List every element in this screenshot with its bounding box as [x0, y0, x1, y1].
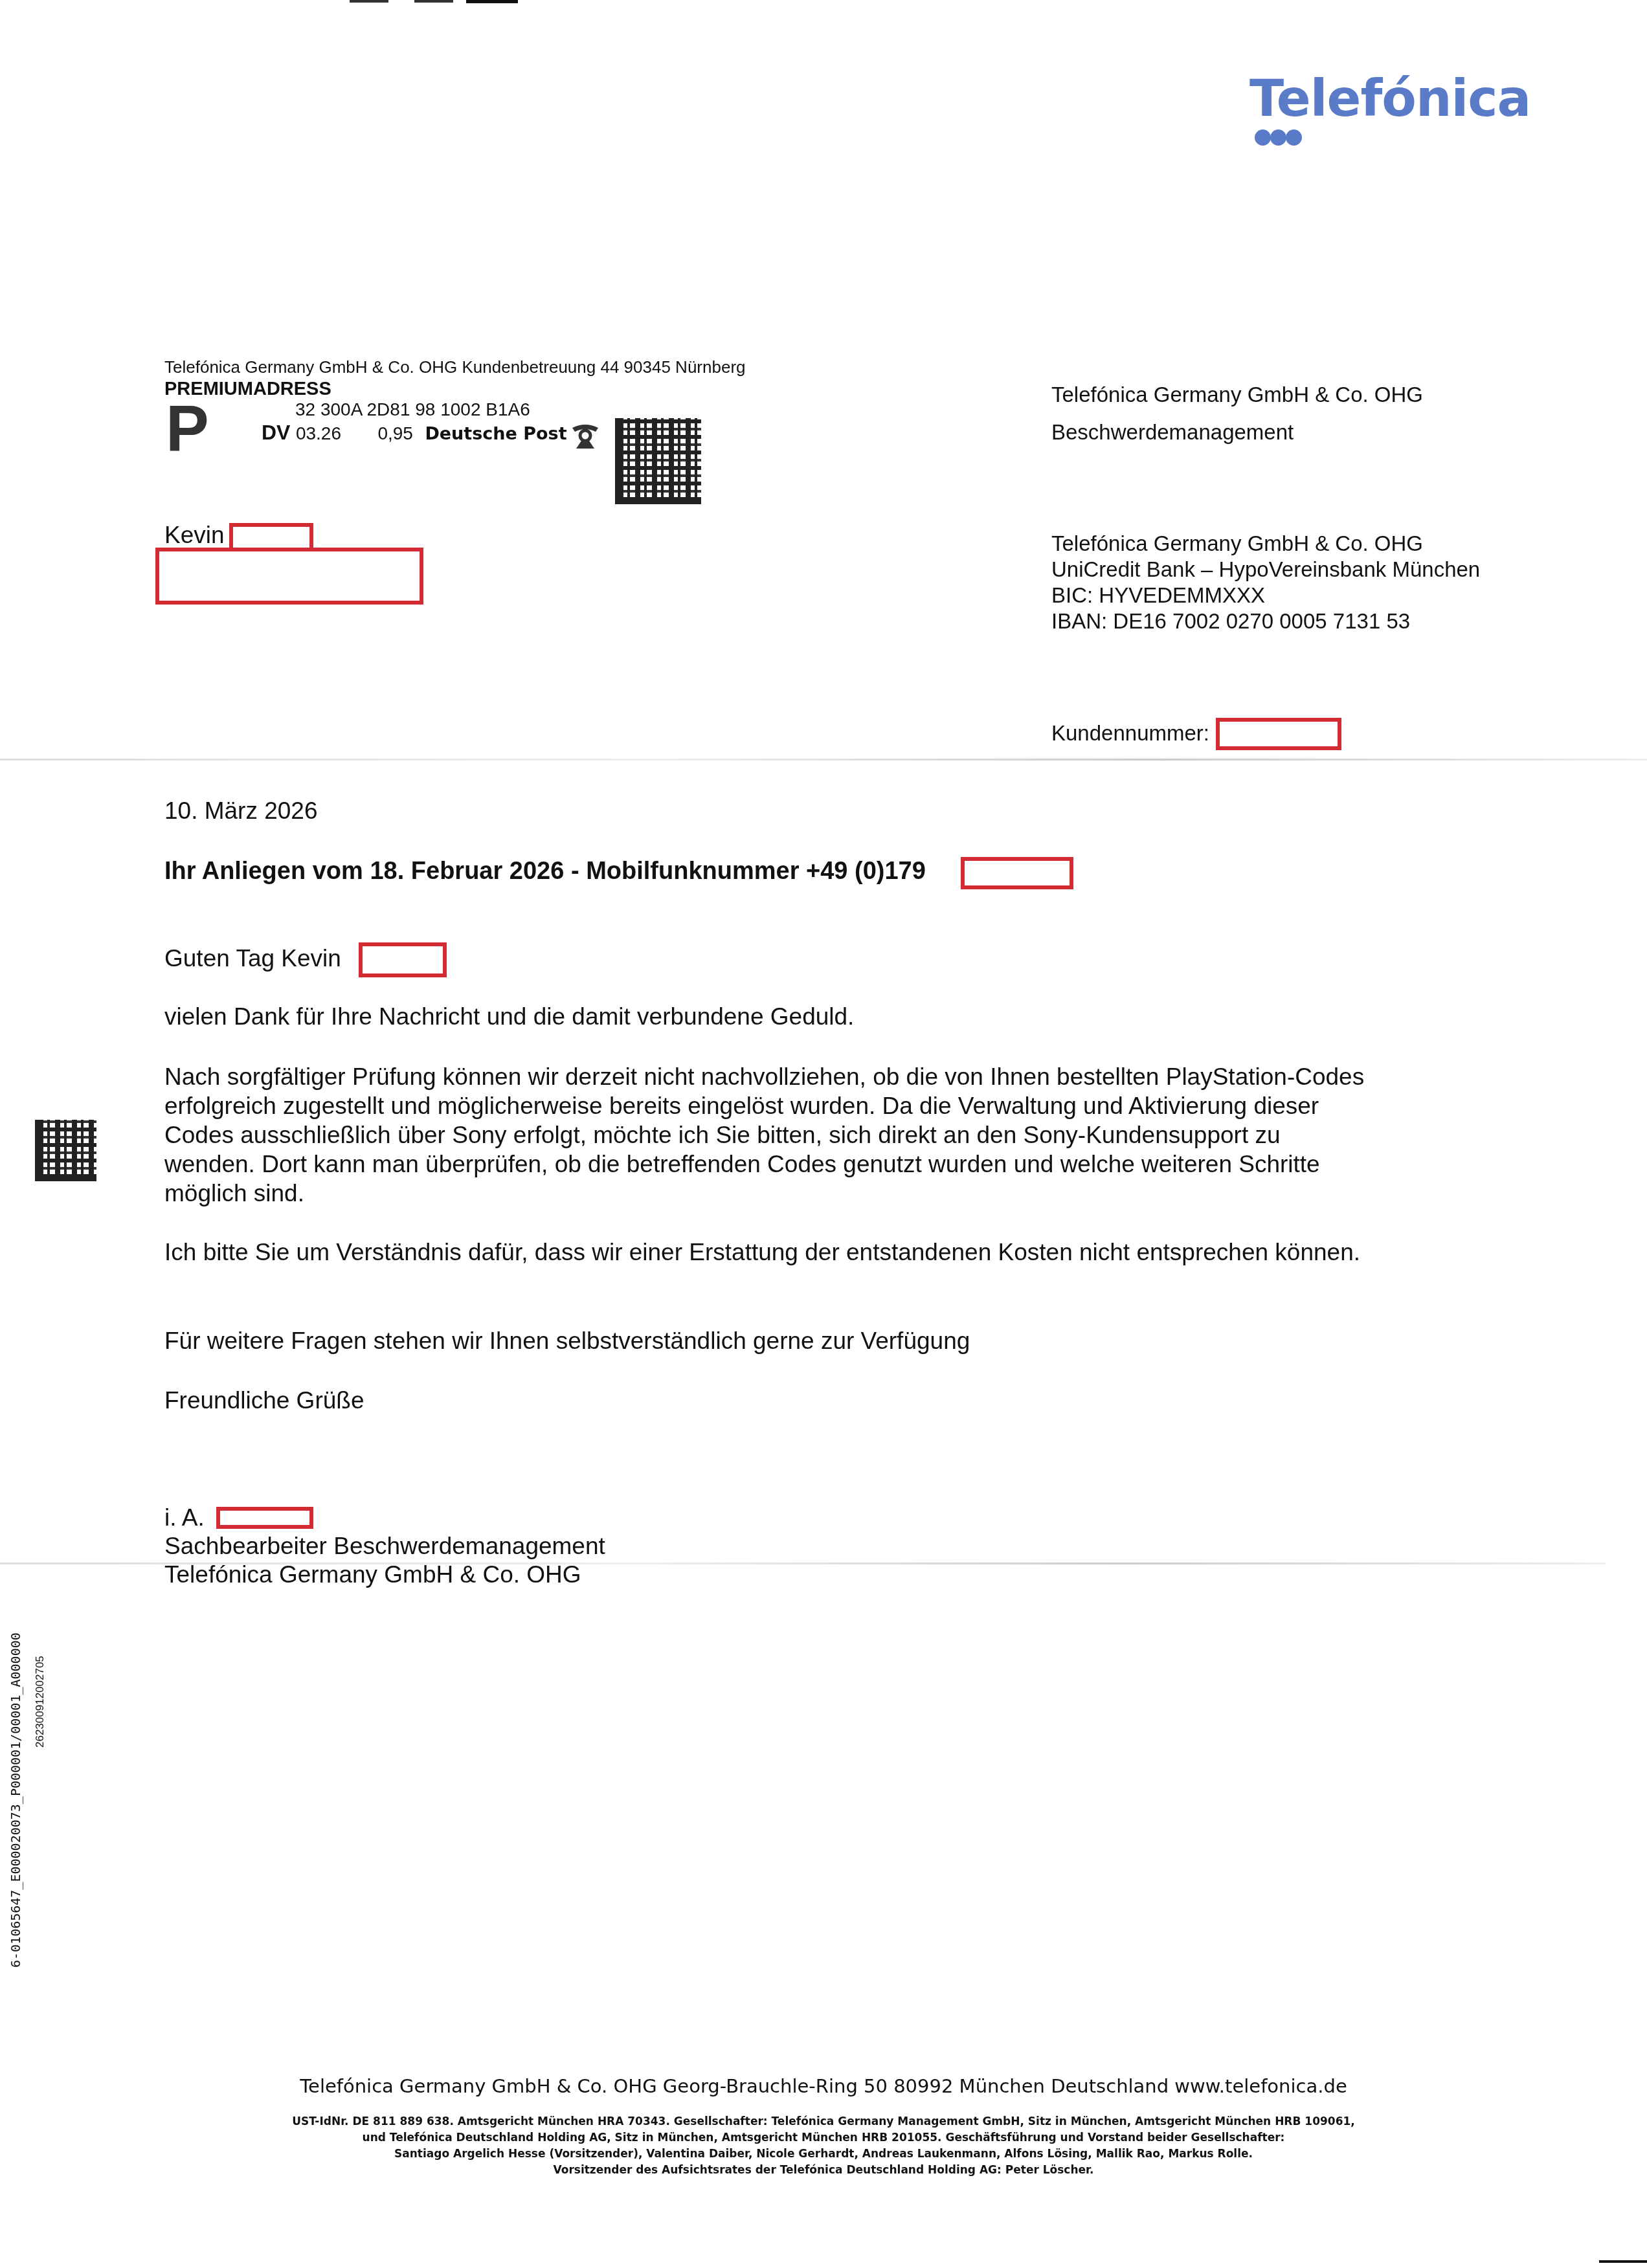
closing: Freundliche Grüße: [164, 1386, 1395, 1415]
signature-ia: i. A.: [164, 1503, 205, 1533]
paragraph-questions: Für weitere Fragen stehen wir Ihnen selb…: [164, 1326, 1395, 1355]
side-code-line1: 6-01065647_E000020073_P000001/00001_A000…: [8, 1632, 23, 1968]
company-header: Telefónica Germany GmbH & Co. OHG: [1051, 382, 1423, 408]
franking-code: 32 300A 2D81 98 1002 B1A6: [295, 399, 530, 420]
sender-return-line: Telefónica Germany GmbH & Co. OHG Kunden…: [164, 357, 746, 377]
footer-legal-line: Santiago Argelich Hesse (Vorsitzender), …: [0, 2146, 1647, 2162]
posthorn-icon: [570, 423, 601, 451]
phone-number-redaction: [961, 857, 1073, 889]
paragraph-refund: Ich bitte Sie um Verständnis dafür, dass…: [164, 1238, 1369, 1267]
footer-legal-line: UST-IdNr. DE 811 889 638. Amtsgericht Mü…: [0, 2114, 1647, 2130]
bank-details: Telefónica Germany GmbH & Co. OHG UniCre…: [1051, 531, 1480, 634]
department-header: Beschwerdemanagement: [1051, 419, 1294, 445]
fold-line: [0, 759, 1647, 761]
scan-mark: [350, 0, 388, 3]
dv-date: 03.26: [296, 423, 341, 443]
greeting-text: Guten Tag Kevin: [164, 945, 341, 972]
franking-line: DV 03.26 0,95 Deutsche Post: [262, 421, 601, 451]
postage-amount: 0,95: [377, 423, 413, 443]
scan-mark: [1599, 2260, 1647, 2263]
bank-line-bank: UniCredit Bank – HypoVereinsbank München: [1051, 557, 1480, 583]
paragraph-main: Nach sorgfältiger Prüfung können wir der…: [164, 1062, 1369, 1208]
premium-p-mark: P: [166, 396, 209, 461]
signature-role: Sachbearbeiter Beschwerdemanagement: [164, 1531, 605, 1561]
dv-label: DV: [262, 421, 290, 444]
signer-name-redaction: [216, 1507, 313, 1529]
logo-dots-icon: [1249, 128, 1530, 148]
paragraph-thanks: vielen Dank für Ihre Nachricht und die d…: [164, 1002, 1395, 1031]
signature-company: Telefónica Germany GmbH & Co. OHG: [164, 1560, 581, 1590]
recipient-address-redaction: [155, 548, 423, 605]
scan-mark: [414, 0, 453, 3]
bank-line-bic: BIC: HYVEDEMMXXX: [1051, 583, 1480, 608]
side-code-line2: 262300912002705: [34, 1656, 47, 1748]
bank-line-iban: IBAN: DE16 7002 0270 0005 7131 53: [1051, 608, 1480, 634]
recipient-first-name: Kevin: [164, 520, 225, 550]
footer-legal: UST-IdNr. DE 811 889 638. Amtsgericht Mü…: [0, 2114, 1647, 2179]
side-datamatrix: [35, 1120, 96, 1181]
carrier-name: Deutsche Post: [425, 424, 566, 444]
telefonica-logo: Telefónica: [1249, 70, 1530, 148]
bank-line-company: Telefónica Germany GmbH & Co. OHG: [1051, 531, 1480, 557]
postage-datamatrix: [615, 418, 701, 504]
greeting-lastname-redaction: [359, 942, 447, 977]
scan-mark: [466, 0, 518, 3]
footer-address: Telefónica Germany GmbH & Co. OHG Georg-…: [0, 2075, 1647, 2097]
letter-subject: Ihr Anliegen vom 18. Februar 2026 - Mobi…: [164, 858, 926, 885]
customer-number-redaction: [1216, 718, 1341, 750]
customer-number-label: Kundennummer:: [1051, 720, 1209, 746]
logo-wordmark: Telefónica: [1249, 70, 1530, 128]
footer-legal-line: und Telefónica Deutschland Holding AG, S…: [0, 2130, 1647, 2146]
letter-date: 10. März 2026: [164, 796, 318, 826]
footer-legal-line: Vorsitzender des Aufsichtsrates der Tele…: [0, 2162, 1647, 2179]
